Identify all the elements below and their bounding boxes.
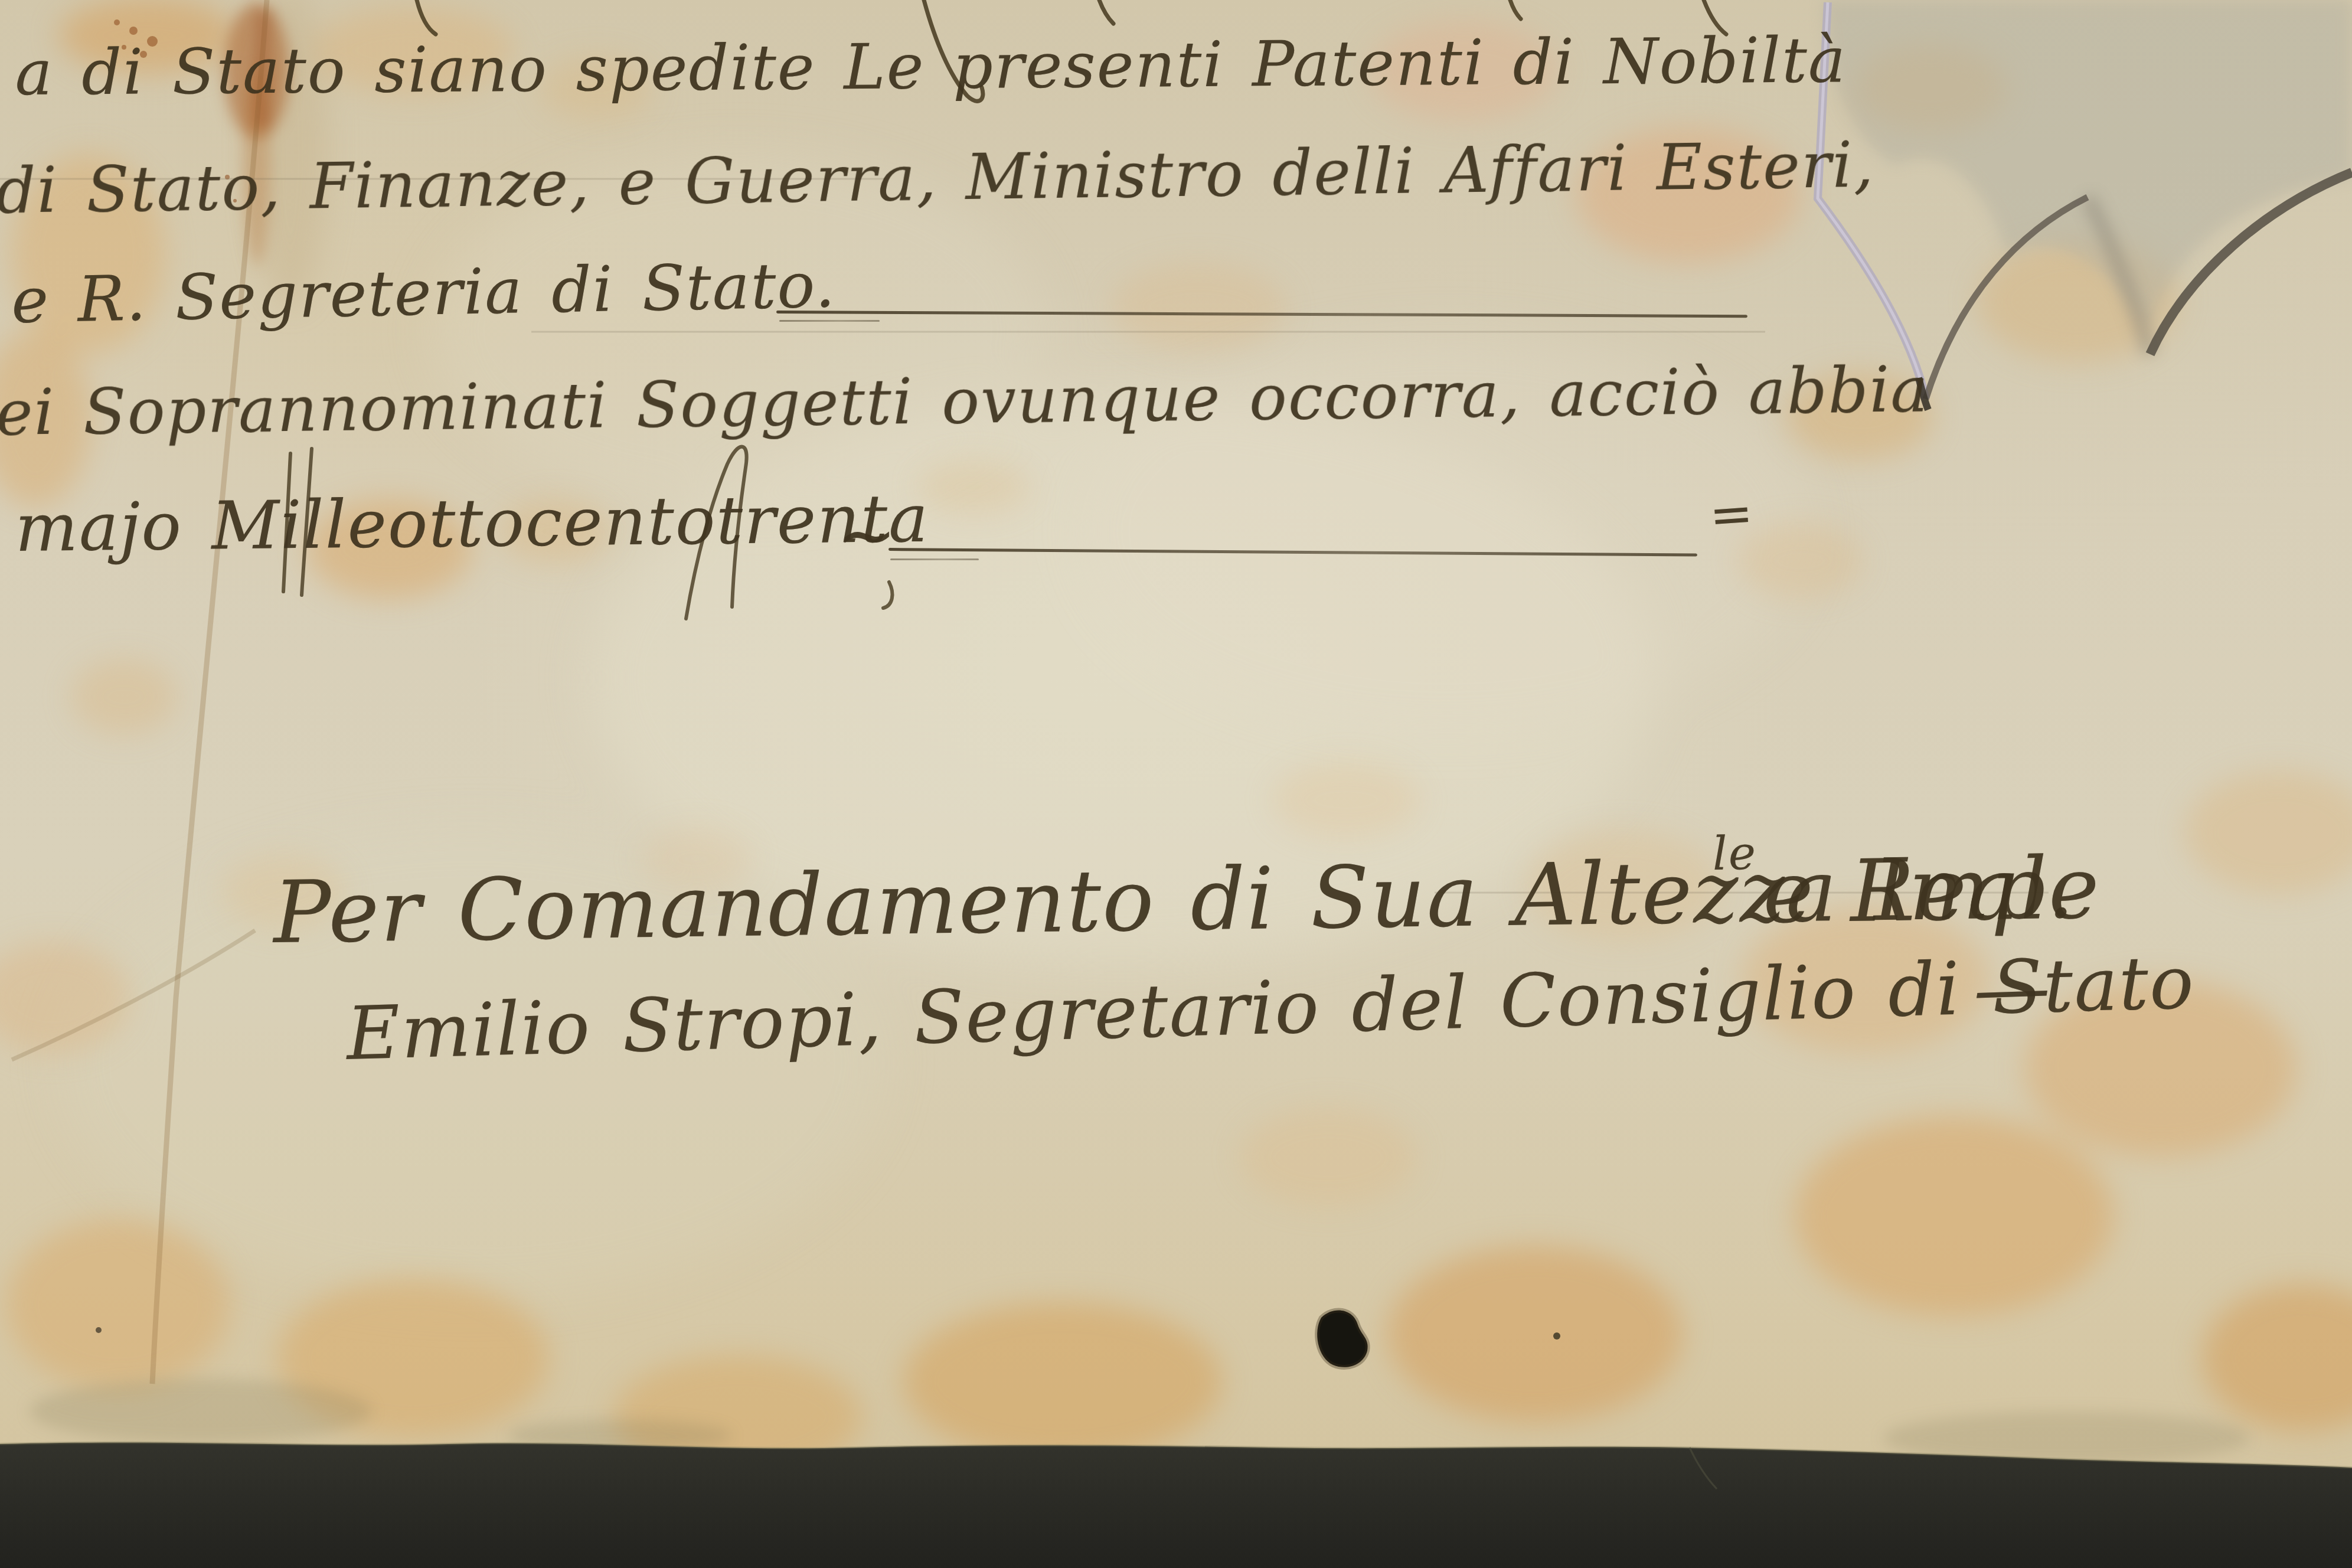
handwritten-line-1: a di Stato siano spedite Le presenti Pat… [15, 24, 1847, 109]
line-5-tilde: ~ [837, 495, 898, 577]
closing-formula-end: e Reale [1762, 838, 2101, 943]
table-background [0, 1442, 2352, 1568]
handwritten-line-5: majo Milleottocentotrenta [15, 481, 930, 567]
closing-superscript: le [1712, 827, 1758, 881]
ink-speck [1553, 1332, 1560, 1340]
ruled-blank-line-2-double [890, 558, 979, 560]
hyphen-continuation-mark: = [1707, 482, 1756, 546]
ink-speck [96, 1327, 102, 1333]
parchment-document-photo: a di Stato siano spedite Le presenti Pat… [0, 0, 2352, 1568]
signature-flourish: — [1972, 942, 2052, 1034]
decor-layer [0, 0, 2352, 1568]
